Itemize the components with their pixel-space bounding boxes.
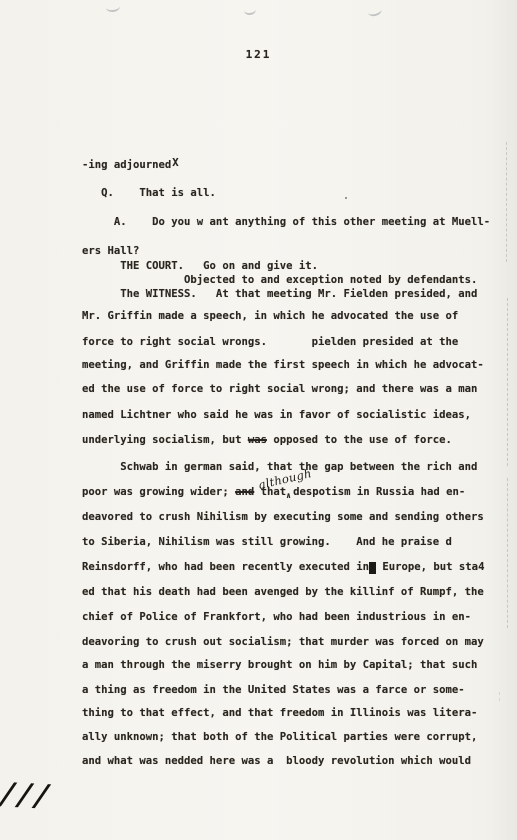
transcript-line: Mr. Griffin made a speech, in which he a… <box>82 309 517 323</box>
scan-smudge-mark <box>106 4 121 12</box>
transcript-line: A. Do you w ant anything of this other m… <box>82 215 517 229</box>
transcript-line: ally unknown; that both of the Political… <box>82 730 517 744</box>
transcript-line: underlying socialism, but was opposed to… <box>82 433 517 447</box>
page-edge-line <box>507 478 508 628</box>
transcript-line: force to right social wrongs. pielden pr… <box>82 335 517 349</box>
line-text: -ing adjourned <box>82 159 171 171</box>
transcript-line: ers Hall? <box>82 244 517 258</box>
line-text: despotism in Russia had en- <box>293 486 465 498</box>
transcript-line: deavoring to crush out socialism; that m… <box>82 635 517 649</box>
transcript-line: The WITNESS. At that meeting Mr. Fielden… <box>82 287 517 301</box>
scan-smudge-mark <box>244 7 257 15</box>
caret-mark: ∧ <box>286 492 291 500</box>
transcript-line: THE COURT. Go on and give it. <box>82 259 517 273</box>
scanned-transcript-page: 121 -ing adjournedX Q. That is all. A. D… <box>0 0 517 840</box>
transcript-line: Reinsdorff, who had been recently execut… <box>82 560 517 574</box>
transcript-line: a thing as freedom in the United States … <box>82 683 517 697</box>
line-text: poor was growing wider; <box>82 486 235 498</box>
overstrike-x-mark: X <box>172 156 178 170</box>
transcript-line: Q. That is all. <box>82 186 517 200</box>
struck-out-word: was <box>248 434 267 446</box>
transcript-line: Objected to and exception noted by defen… <box>82 273 517 287</box>
page-edge-line <box>507 298 508 466</box>
transcript-line: and what was nedded here was a bloody re… <box>82 754 517 768</box>
page-edge-line <box>499 692 500 701</box>
scan-speck <box>345 197 347 199</box>
line-text: Reinsdorff, who had been recently execut… <box>82 561 369 573</box>
line-text: underlying socialism, but <box>82 434 248 446</box>
ink-blot <box>369 562 376 574</box>
page-edge-line <box>506 142 507 262</box>
transcript-line: deavored to crush Nihilism by executing … <box>82 510 517 524</box>
transcript-line: chief of Police of Frankfort, who had be… <box>82 610 517 624</box>
page-number: 121 <box>0 48 517 61</box>
transcript-line: -ing adjournedX <box>82 158 517 172</box>
handwritten-tally-marks: /// <box>0 777 56 814</box>
scan-smudge-mark <box>367 7 382 17</box>
insertion-point: ∧although <box>286 485 293 499</box>
transcript-line: ed the use of force to right social wron… <box>82 382 517 396</box>
transcript-line: ed that his death had been avenged by th… <box>82 585 517 599</box>
transcript-line: thing to that effect, and that freedom i… <box>82 706 517 720</box>
line-text: opposed to the use of force. <box>267 434 452 446</box>
transcript-line: meeting, and Griffin made the first spee… <box>82 358 517 372</box>
line-text: Europe, but sta4 <box>376 561 484 573</box>
transcript-line: poor was growing wider; and that∧althoug… <box>82 485 517 499</box>
transcript-line: named Lichtner who said he was in favor … <box>82 408 517 422</box>
transcript-line: to Siberia, Nihilism was still growing. … <box>82 535 517 549</box>
transcript-line: a man through the miserry brought on him… <box>82 658 517 672</box>
struck-out-word: and <box>235 486 254 498</box>
transcript-text-block: -ing adjournedX Q. That is all. A. Do yo… <box>0 158 517 768</box>
